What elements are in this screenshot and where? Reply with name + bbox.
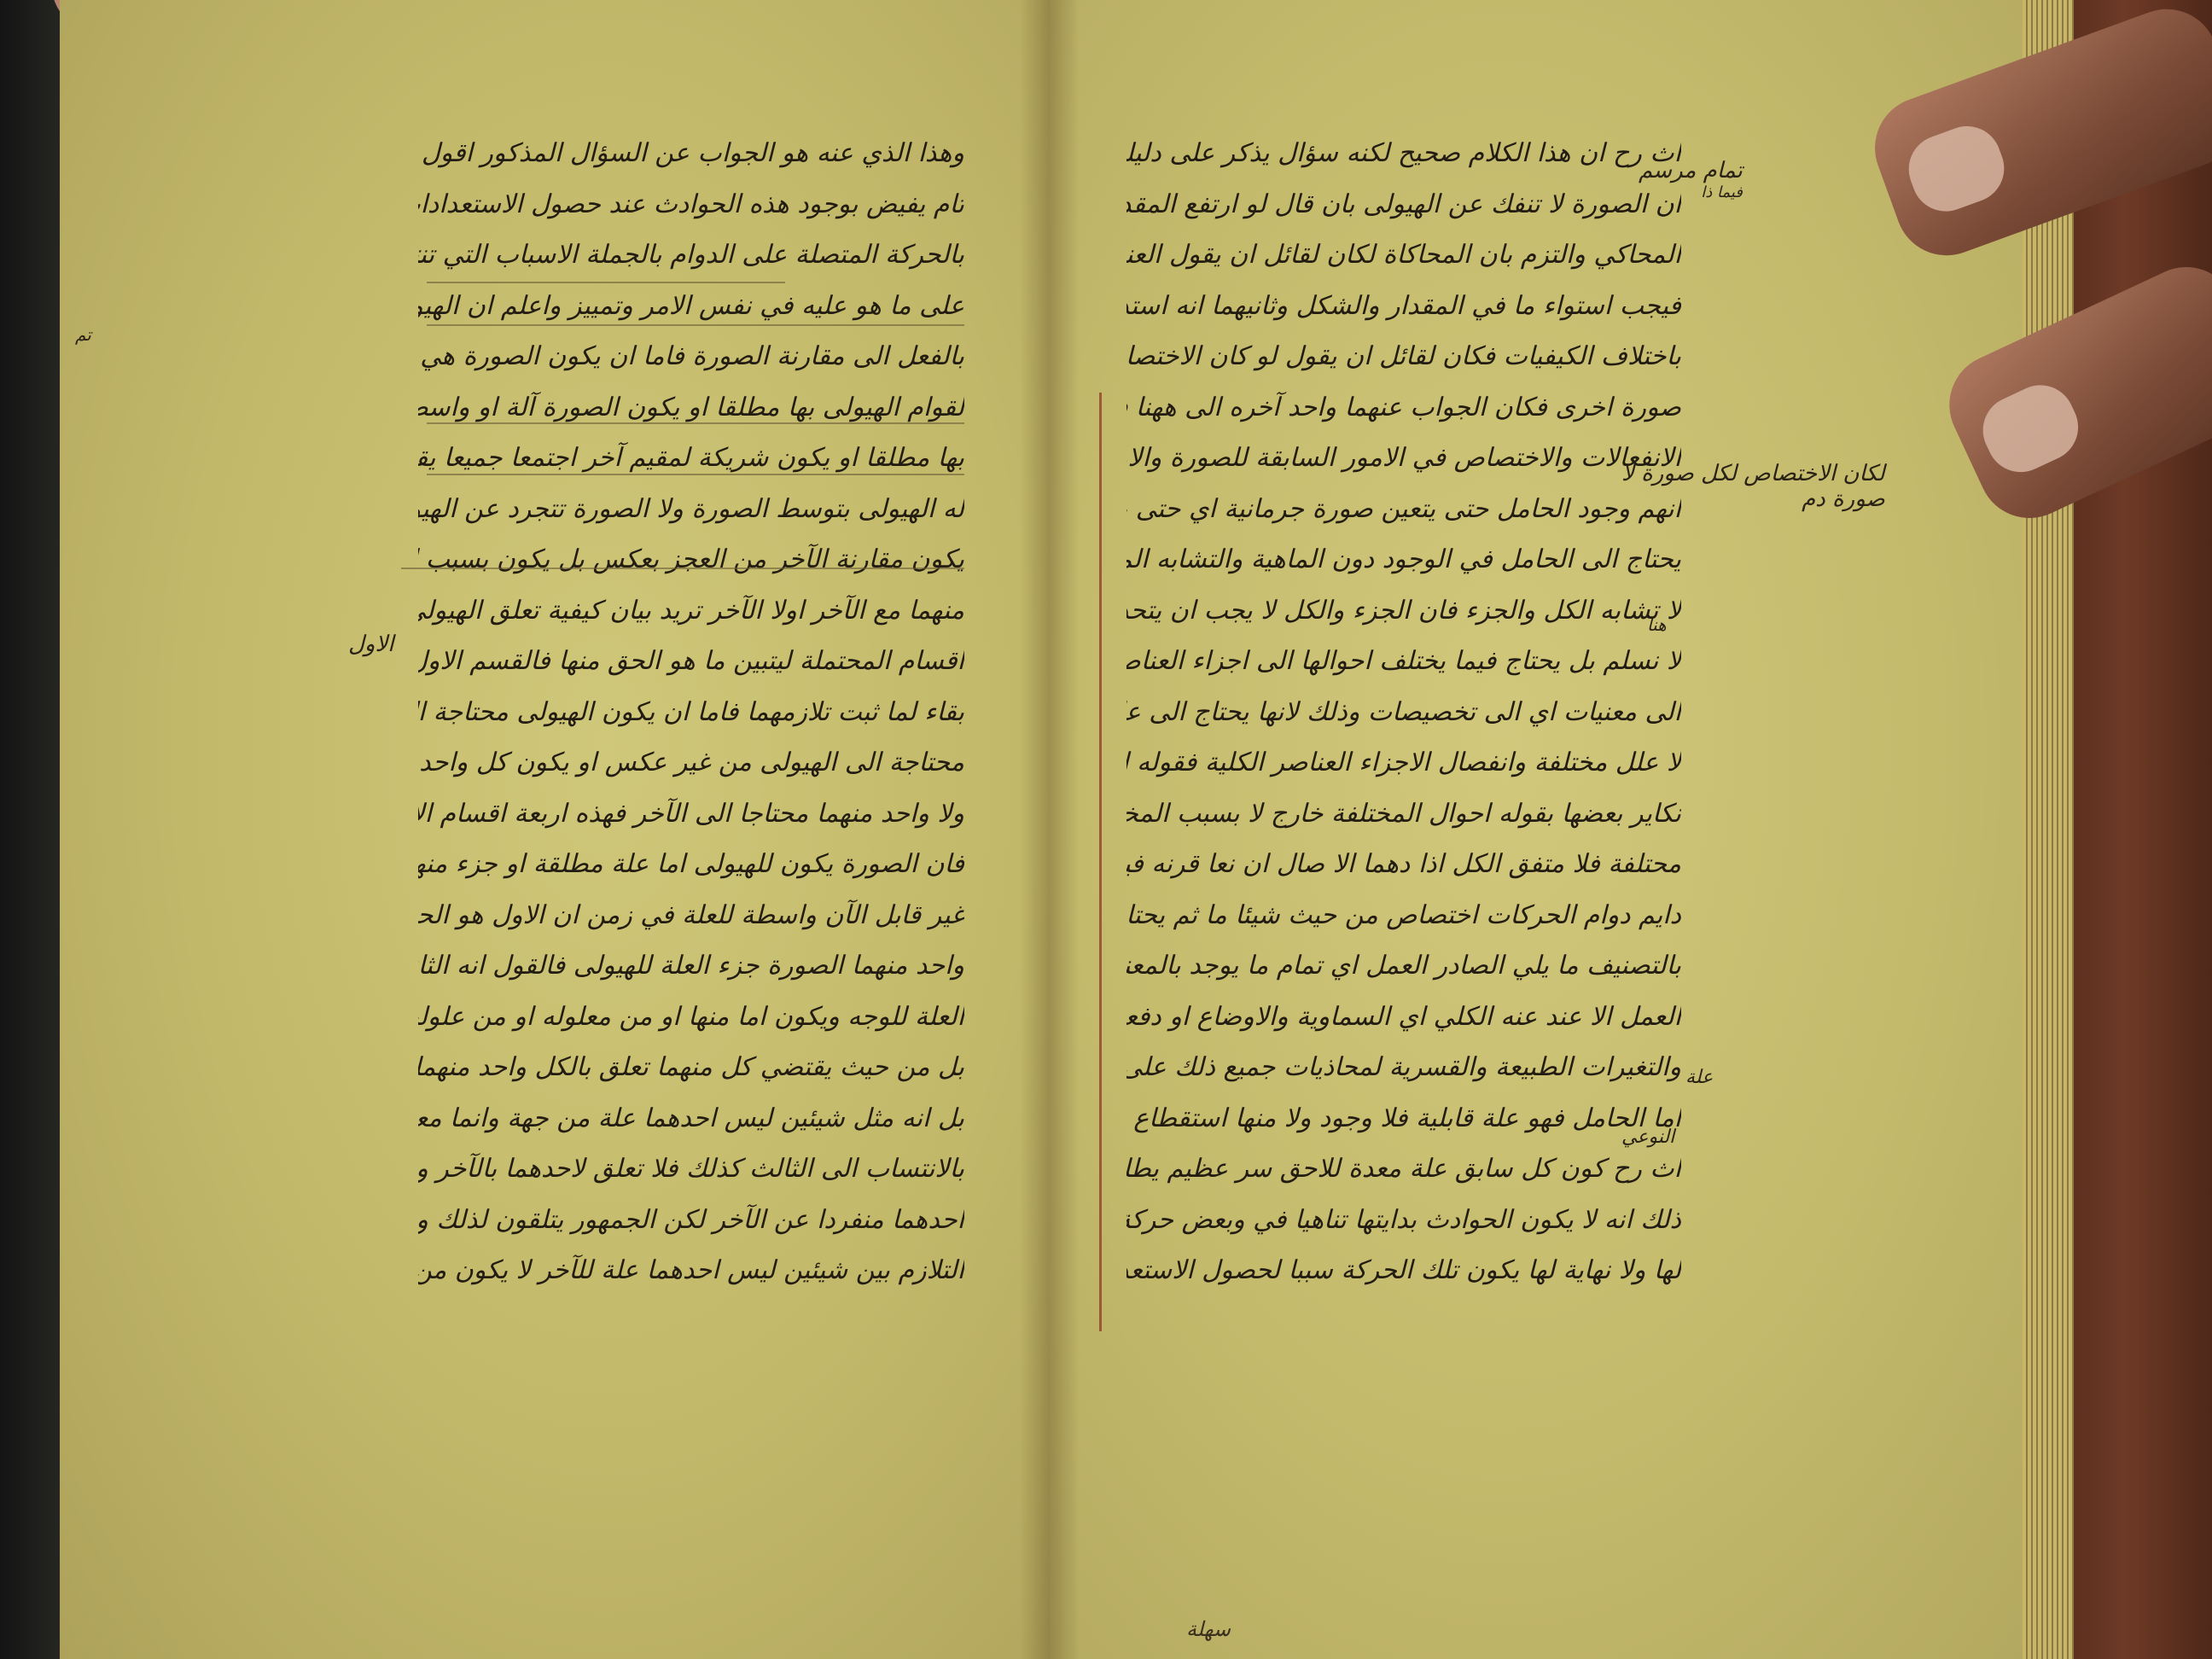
text-line: يحتاج الى الحامل في الوجود دون الماهية و… [1126, 534, 1681, 585]
text-line: له الهيولى بتوسط الصورة ولا الصورة تتجرد… [418, 484, 964, 535]
text-line: اما الحامل فهو علة قابلية فلا وجود ولا م… [1126, 1093, 1681, 1144]
text-line: التلازم بين شيئين ليس احدهما علة للآخر ل… [418, 1245, 964, 1296]
ruled-underline [401, 568, 964, 569]
fingernail [1899, 117, 2013, 221]
margin-note-right-middle: لكان الاختصاص لكل صورة لا صورة دم [1621, 461, 1885, 512]
margin-note-right-4: علة [1685, 1067, 1713, 1088]
text-line: ذلك انه لا يكون الحوادث بدايتها تناهيا ف… [1126, 1195, 1681, 1246]
text-line: الانفعالات والاختصاص في الامور السابقة ل… [1126, 433, 1681, 484]
ruled-underline [427, 324, 964, 326]
open-manuscript: وهذا الذي عنه هو الجواب عن السؤال المذكو… [60, 0, 2057, 1659]
margin-note-text: لكان الاختصاص لكل صورة لا [1621, 461, 1885, 486]
text-line: الى معنيات اي الى تخصيصات وذلك لانها يحت… [1126, 687, 1681, 738]
text-line: فان الصورة يكون للهيولى اما علة مطلقة او… [418, 839, 964, 890]
ruled-underline [427, 474, 964, 475]
text-line: بها مطلقا او يكون شريكة لمقيم آخر اجتمعا… [418, 433, 964, 484]
margin-note-right-top: تمام مرسم فيما ذا [1639, 158, 1743, 201]
margin-note-right-5: النوعي [1621, 1126, 1674, 1148]
book-cover-right [2067, 0, 2212, 1659]
margin-note-left: الاول [348, 632, 394, 657]
text-line: بالانتساب الى الثالث كذلك فلا تعلق لاحده… [418, 1144, 964, 1195]
text-line: فيجب استواء ما في المقدار والشكل وثانيهم… [1126, 281, 1681, 332]
text-line: ولا واحد منهما محتاجا الى الآخر فهذه ارب… [418, 789, 964, 840]
text-line: بالحركة المتصلة على الدوام بالجملة الاسب… [418, 230, 964, 281]
text-line: دايم دوام الحركات اختصاص من حيث شيئا ما … [1126, 890, 1681, 941]
text-line: العمل الا عند عنه الكلي اي السماوية والا… [1126, 992, 1681, 1043]
text-line: العلة للوجه ويكون اما منها او من معلوله … [418, 992, 964, 1043]
margin-note-right-3: هنا [1647, 614, 1667, 635]
text-line: بالفعل الى مقارنة الصورة فاما ان يكون ال… [418, 331, 964, 382]
text-line: تام يفيض بوجود هذه الحوادث عند حصول الاس… [418, 179, 964, 230]
text-line: لا تشابه الكل والجزء فان الجزء والكل لا … [1126, 585, 1681, 637]
text-line: لا علل مختلفة وانفصال الاجزاء العناصر ال… [1126, 737, 1681, 789]
text-line: احدهما منفردا عن الآخر لكن الجمهور يتلقو… [418, 1195, 964, 1246]
text-line: واحد منهما الصورة جزء العلة للهيولى فالق… [418, 940, 964, 992]
text-line: لا نسلم بل يحتاج فيما يختلف احوالها الى … [1126, 636, 1681, 687]
text-line: يكون مقارنة الآخر من العجز بعكس بل يكون … [418, 534, 964, 585]
text-line: اث رح ان هذا الكلام صحيح لكنه سؤال يذكر … [1126, 128, 1681, 179]
text-line: لقوام الهيولى بها مطلقا او يكون الصورة آ… [418, 382, 964, 434]
footer-note: سهلة [1186, 1617, 1231, 1641]
text-line: اث رح كون كل سابق علة معدة للاحق سر عظيم… [1126, 1144, 1681, 1195]
text-line: منهما مع الآخر اولا الآخر تريد بيان كيفي… [418, 585, 964, 637]
margin-note-left-outer: تم [75, 324, 91, 345]
margin-note-text: تمام مرسم [1639, 158, 1743, 183]
margin-note-subtext: صورة دم [1621, 486, 1885, 512]
red-ruling-line [1099, 393, 1102, 1331]
text-line: باختلاف الكيفيات فكان لقائل ان يقول لو ك… [1126, 331, 1681, 382]
text-line: بل من حيث يقتضي كل منهما تعلق بالكل واحد… [418, 1042, 964, 1093]
text-line: محتلفة فلا متفق الكل اذا دهما الا صال ان… [1126, 839, 1681, 890]
left-page-text: وهذا الذي عنه هو الجواب عن السؤال المذكو… [418, 128, 964, 1296]
text-line: نكاير بعضها بقوله احوال المختلفة خارج لا… [1126, 789, 1681, 840]
ruled-underline [427, 422, 964, 424]
ruled-underline [427, 282, 785, 283]
text-line: وهذا الذي عنه هو الجواب عن السؤال المذكو… [418, 128, 964, 179]
text-line: والتغيرات الطبيعة والقسرية لمحاذيات جميع… [1126, 1042, 1681, 1093]
text-line: ان الصورة لا تنفك عن الهيولى بان قال لو … [1126, 179, 1681, 230]
text-line: المحاكي والتزم بان المحاكاة لكان لقائل ا… [1126, 230, 1681, 281]
page-edges [2023, 0, 2074, 1659]
right-page-text: اث رح ان هذا الكلام صحيح لكنه سؤال يذكر … [1126, 128, 1681, 1296]
margin-note-subtext: فيما ذا [1639, 183, 1743, 201]
text-line: صورة اخرى فكان الجواب عنهما واحد آخره ال… [1126, 382, 1681, 434]
fingernail [1972, 374, 2090, 483]
text-line: بقاء لما ثبت تلازمهما فاما ان يكون الهيو… [418, 687, 964, 738]
text-line: غير قابل الآن واسطة للعلة في زمن ان الاو… [418, 890, 964, 941]
book-gutter [1020, 0, 1080, 1659]
text-line: بل انه مثل شيئين ليس احدهما علة من جهة و… [418, 1093, 964, 1144]
text-line: لها ولا نهاية لها يكون تلك الحركة سببا ل… [1126, 1245, 1681, 1296]
text-line: محتاجة الى الهيولى من غير عكس او يكون كل… [418, 737, 964, 789]
text-line: اقسام المحتملة ليتبين ما هو الحق منها فا… [418, 636, 964, 687]
text-line: بالتصنيف ما يلي الصادر العمل اي تمام ما … [1126, 940, 1681, 992]
text-line: انهم وجود الحامل حتى يتعين صورة جرمانية … [1126, 484, 1681, 535]
